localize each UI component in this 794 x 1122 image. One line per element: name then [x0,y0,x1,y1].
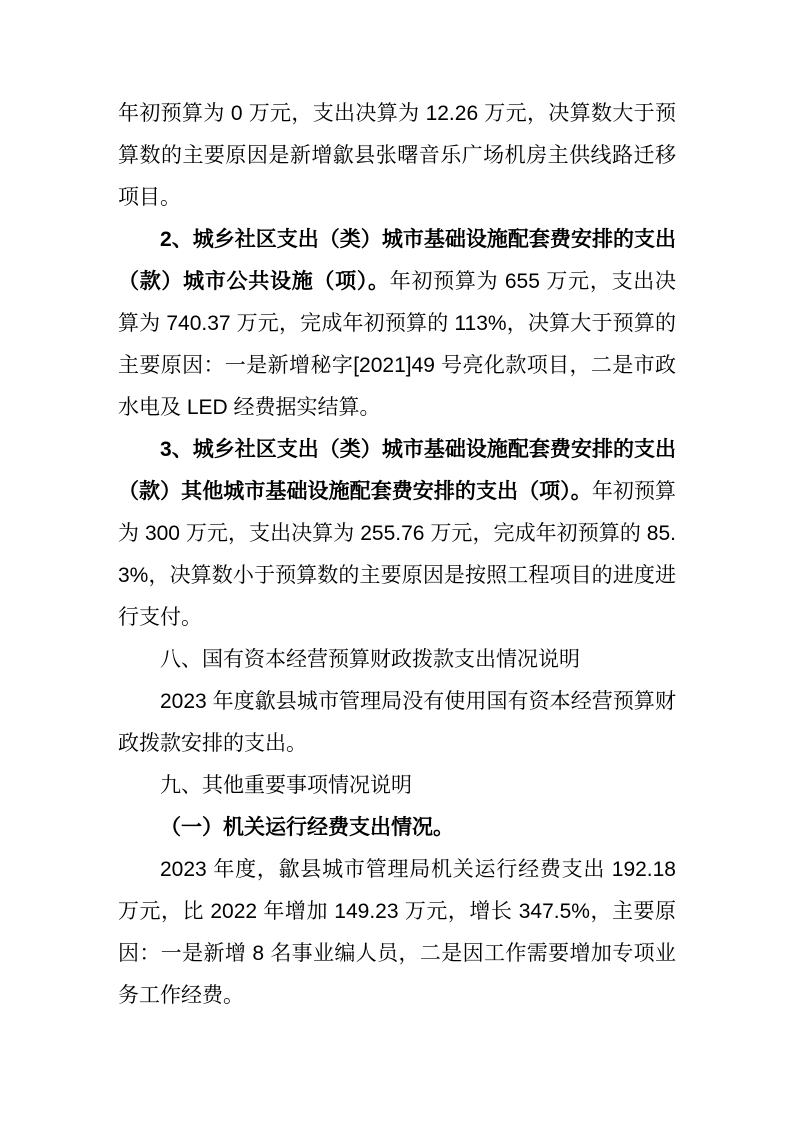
heading-text: 九、其他重要事项情况说明 [160,774,412,797]
heading-section-8: 八、国有资本经营预算财政拨款支出情况说明 [118,639,676,681]
heading-section-9: 九、其他重要事项情况说明 [118,765,676,807]
paragraph-text: 年初预算为 0 万元，支出决算为 12.26 万元，决算数大于预算数的主要原因是… [118,102,676,209]
para-section-8-body: 2023 年度歙县城市管理局没有使用国有资本经营预算财政拨款安排的支出。 [118,681,676,765]
para-item-3: 3、城乡社区支出（类）城市基础设施配套费安排的支出（款）其他城市基础设施配套费安… [118,429,676,639]
heading-subsection-1: （一）机关运行经费支出情况。 [118,807,676,849]
paragraph-text: 2023 年度歙县城市管理局没有使用国有资本经营预算财政拨款安排的支出。 [118,690,676,755]
para-org-operating-expense: 2023 年度，歙县城市管理局机关运行经费支出 192.18 万元，比 2022… [118,849,676,1017]
heading-text: 八、国有资本经营预算财政拨款支出情况说明 [160,648,580,671]
document-page: 年初预算为 0 万元，支出决算为 12.26 万元，决算数大于预算数的主要原因是… [0,0,794,1122]
para-continuation: 年初预算为 0 万元，支出决算为 12.26 万元，决算数大于预算数的主要原因是… [118,93,676,219]
heading-bold-text: （一）机关运行经费支出情况。 [160,816,454,839]
paragraph-text: 2023 年度，歙县城市管理局机关运行经费支出 192.18 万元，比 2022… [118,858,676,1007]
para-item-2: 2、城乡社区支出（类）城市基础设施配套费安排的支出（款）城市公共设施（项）。年初… [118,219,676,429]
